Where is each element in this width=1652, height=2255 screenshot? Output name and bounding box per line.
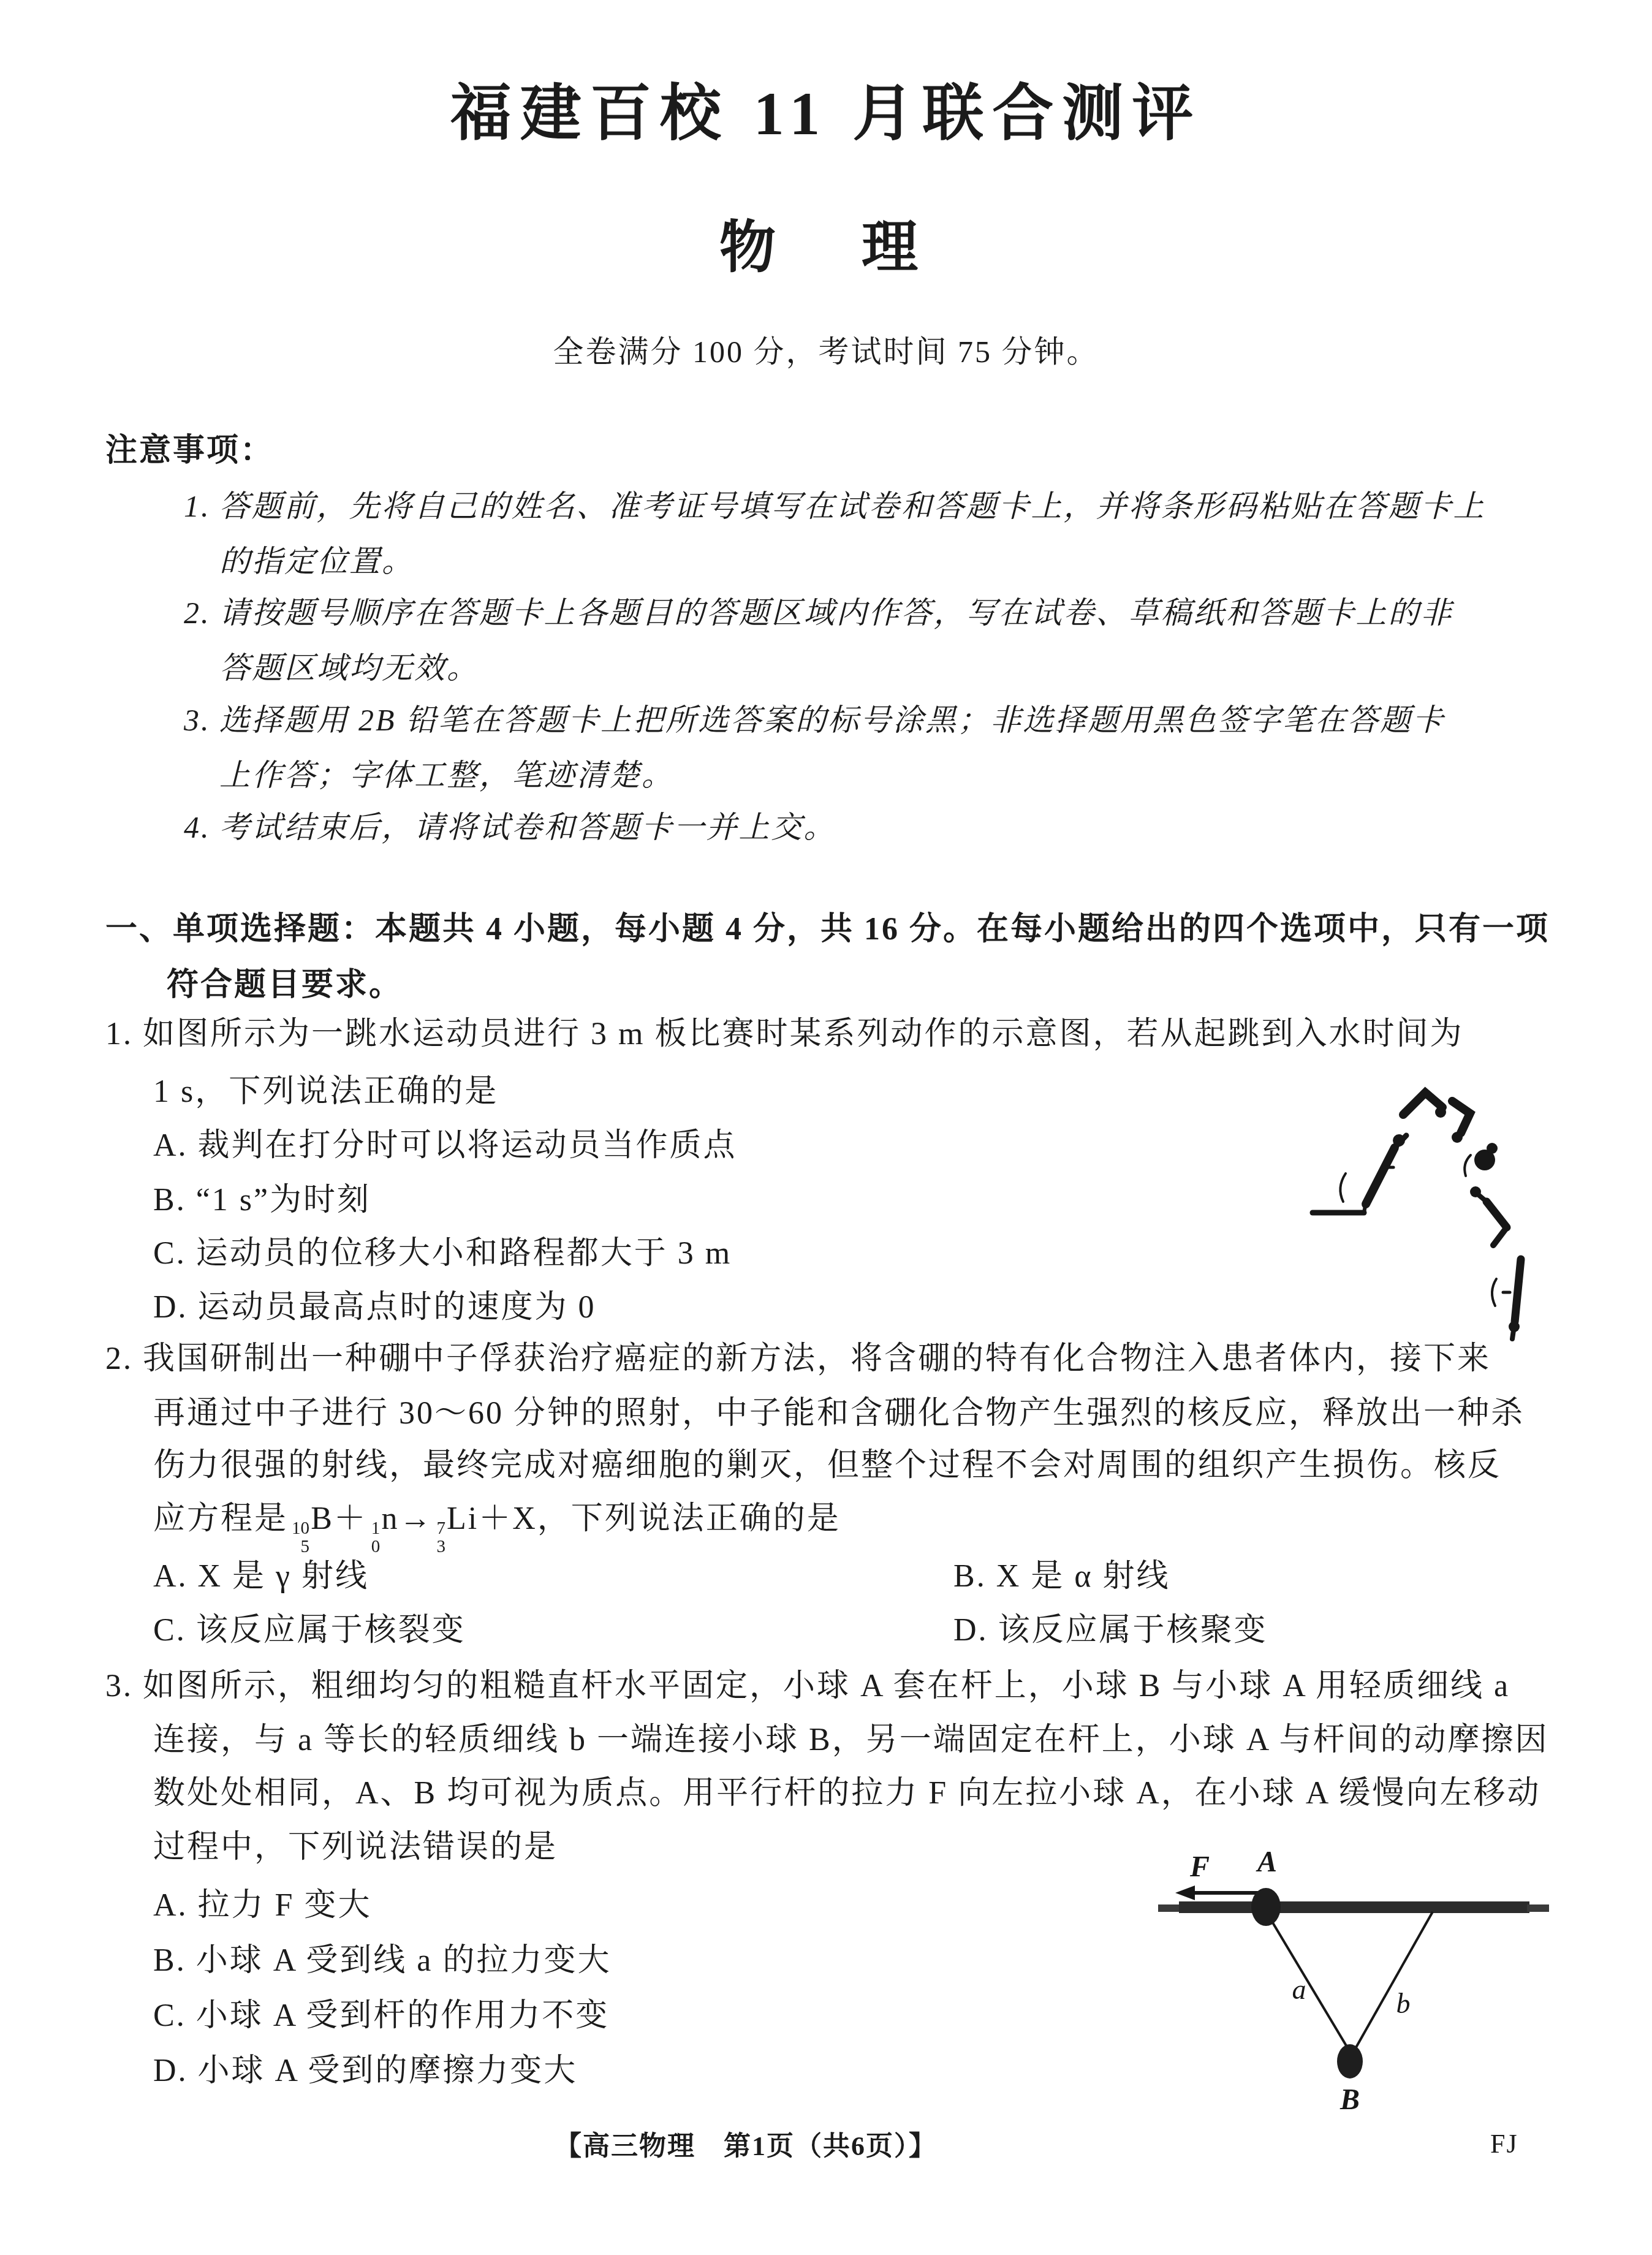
label-B: B — [1339, 2083, 1360, 2116]
string-a — [1272, 1922, 1351, 2053]
plus-sign: ＋ — [334, 1501, 368, 1536]
q3-option-c: C. 小球 A 受到杆的作用力不变 — [153, 1998, 609, 2034]
notice-item-1-line-1: 1.答题前，先将自己的姓名、准考证号填写在试卷和答题卡上，并将条形码粘贴在答题卡… — [184, 489, 1486, 525]
q1-stem-line-2: 1 s，下列说法正确的是 — [153, 1074, 498, 1110]
q1-option-b: B. “1 s”为时刻 — [153, 1182, 371, 1219]
q2-stem-line-2: 再通过中子进行 30～60 分钟的照射，中子能和含硼化合物产生强烈的核反应，释放… — [153, 1395, 1525, 1432]
q3-stem-line-2: 连接，与 a 等长的轻质细线 b 一端连接小球 B，另一端固定在杆上，小球 A … — [153, 1722, 1548, 1759]
notice-item-3-num: 3. — [184, 703, 211, 738]
q2-equation-line: 应方程是105B＋10n→73Li＋X，下列说法正确的是 — [153, 1501, 841, 1556]
unknown-particle-x: X — [512, 1501, 537, 1536]
equation-prefix: 应方程是 — [153, 1501, 288, 1536]
string-b — [1353, 1912, 1433, 2053]
rod-ball-figure: F A a b B — [1152, 1844, 1569, 2132]
plus-sign: ＋ — [479, 1501, 512, 1536]
section1-heading-line-1: 一、单项选择题：本题共 4 小题，每小题 4 分，共 16 分。在每小题给出的四… — [105, 911, 1550, 948]
rod-right-end — [1527, 1904, 1549, 1912]
q2-stem-line-3: 伤力很强的射线，最终完成对癌细胞的剿灭，但整个过程不会对周围的组织产生损伤。核反 — [153, 1447, 1501, 1484]
q1-option-c: C. 运动员的位移大小和路程都大于 3 m — [153, 1235, 732, 1272]
section1-heading-line-2: 符合题目要求。 — [167, 967, 403, 1004]
notice-item-4-num: 4. — [184, 810, 211, 846]
diver-sequence-figure — [1305, 1075, 1538, 1357]
label-A: A — [1256, 1846, 1277, 1878]
footer-page-info: 【高三物理 第1页（共6页）】 — [555, 2131, 937, 2162]
notice-item-1-line-2: 的指定位置。 — [219, 544, 414, 580]
force-arrowhead — [1175, 1885, 1195, 1900]
q1-option-d: D. 运动员最高点时的速度为 0 — [153, 1289, 596, 1326]
notice-item-2-line-2: 答题区域均无效。 — [219, 651, 479, 686]
q3-stem-line-3: 数处处相同，A、B 均可视为质点。用平行杆的拉力 F 向左拉小球 A，在小球 A… — [153, 1775, 1540, 1812]
equation-suffix: ，下列说法正确的是 — [537, 1501, 841, 1536]
isotope-boron: 105B — [288, 1501, 334, 1556]
exam-info: 全卷满分 100 分，考试时间 75 分钟。 — [0, 335, 1652, 370]
q3-option-b: B. 小球 A 受到线 a 的拉力变大 — [153, 1942, 611, 1979]
rod-left-end — [1158, 1904, 1181, 1912]
label-a: a — [1292, 1974, 1306, 2005]
q3-stem-line-4: 过程中，下列说法错误的是 — [153, 1829, 558, 1866]
ball-b — [1337, 2044, 1363, 2079]
q2-option-a: A. X 是 γ 射线 — [153, 1558, 369, 1595]
isotope-neutron: 10n — [368, 1501, 400, 1556]
footer-code: FJ — [1490, 2129, 1518, 2160]
page-title: 福建百校 11 月联合测评 — [0, 78, 1652, 149]
q2-option-d: D. 该反应属于核聚变 — [953, 1612, 1268, 1649]
ball-a — [1251, 1888, 1281, 1926]
reaction-arrow: → — [399, 1501, 433, 1536]
notice-heading: 注意事项： — [105, 433, 274, 469]
subject-title: 物 理 — [0, 216, 1652, 281]
notice-item-2-line-1: 2.请按题号顺序在答题卡上各题目的答题区域内作答，写在试卷、草稿纸和答题卡上的非 — [184, 596, 1453, 631]
q1-option-a: A. 裁判在打分时可以将运动员当作质点 — [153, 1127, 737, 1164]
label-F: F — [1189, 1851, 1210, 1883]
notice-item-1-num: 1. — [184, 489, 211, 525]
rod — [1179, 1901, 1529, 1913]
q3-option-a: A. 拉力 F 变大 — [153, 1887, 371, 1924]
notice-item-2-num: 2. — [184, 596, 211, 631]
q2-stem-line-1: 2. 我国研制出一种硼中子俘获治疗癌症的新方法，将含硼的特有化合物注入患者体内，… — [105, 1341, 1491, 1378]
q1-stem-line-1: 1. 如图所示为一跳水运动员进行 3 m 板比赛时某系列动作的示意图，若从起跳到… — [105, 1016, 1463, 1053]
q2-option-c: C. 该反应属于核裂变 — [153, 1612, 466, 1649]
q3-stem-line-1: 3. 如图所示，粗细均匀的粗糙直杆水平固定，小球 A 套在杆上，小球 B 与小球… — [105, 1668, 1510, 1705]
q2-option-b: B. X 是 α 射线 — [953, 1558, 1170, 1595]
isotope-lithium: 73Li — [433, 1501, 479, 1556]
notice-item-3-line-2: 上作答；字体工整，笔迹清楚。 — [219, 758, 674, 794]
label-b: b — [1396, 1988, 1411, 2019]
notice-item-3-line-1: 3.选择题用 2B 铅笔在答题卡上把所选答案的标号涂黑；非选择题用黑色签字笔在答… — [184, 703, 1445, 738]
q3-option-d: D. 小球 A 受到的摩擦力变大 — [153, 2053, 577, 2090]
notice-item-4-line-1: 4.考试结束后，请将试卷和答题卡一并上交。 — [184, 810, 836, 846]
